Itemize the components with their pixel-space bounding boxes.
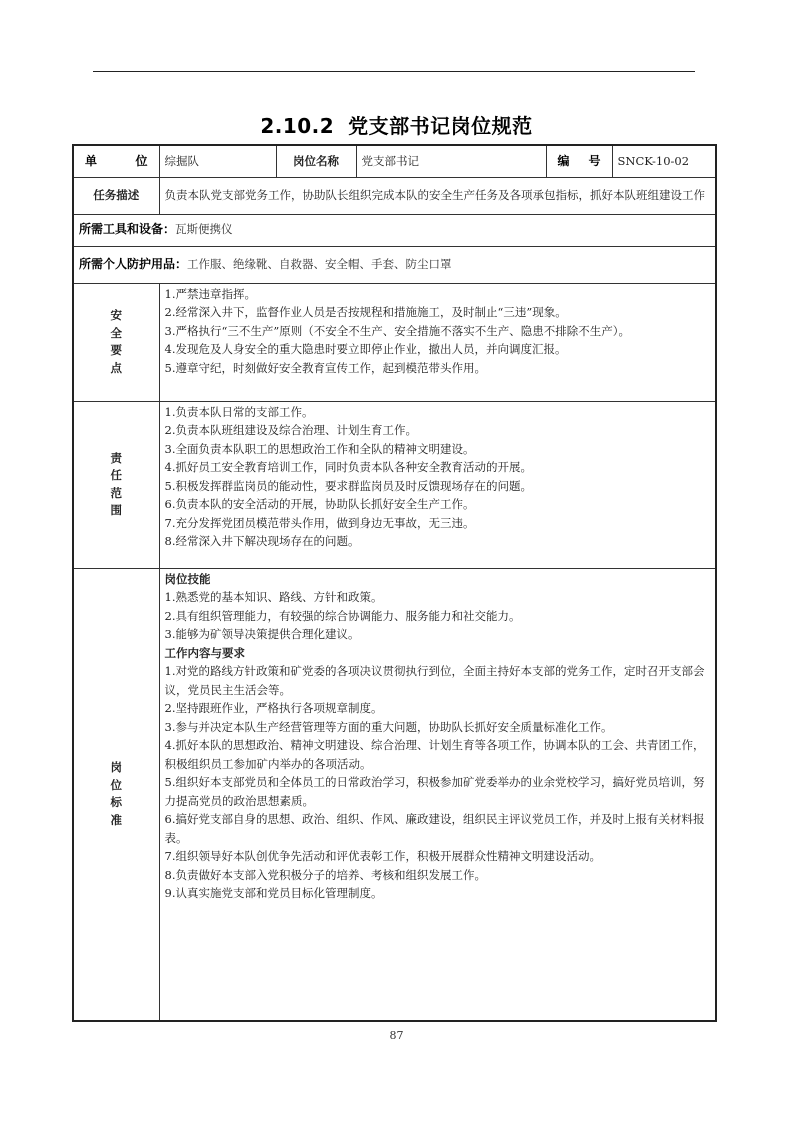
responsibility-label: 责 任 范 围 <box>73 401 159 568</box>
code-label-cell: 编 号 <box>546 145 612 177</box>
list-item: 2.经常深入井下，监督作业人员是否按规程和措施施工，及时制止“三违”现象。 <box>165 303 711 322</box>
label-char: 标 <box>79 794 154 812</box>
list-item: 5.组织好本支部党员和全体员工的日常政治学习，积极参加矿党委举办的业余党校学习，… <box>165 773 711 810</box>
list-item: 1.对党的路线方针政策和矿党委的各项决议贯彻执行到位，全面主持好本支部的党务工作… <box>165 662 711 699</box>
job-spec-table: 单 位 综掘队 岗位名称 党支部书记 编 号 SNCK-10-02 任务描述 负… <box>72 144 717 1022</box>
list-item: 5.积极发挥群监岗员的能动性，要求群监岗员及时反馈现场存在的问题。 <box>165 477 711 496</box>
unit-value: 综掘队 <box>159 145 276 177</box>
list-item: 2.具有组织管理能力，有较强的综合协调能力、服务能力和社交能力。 <box>165 607 711 626</box>
list-item: 6.搞好党支部自身的思想、政治、组织、作风、廉政建设，组织民主评议党员工作，并及… <box>165 810 711 847</box>
code-label-char: 号 <box>588 153 600 171</box>
standards-label: 岗 位 标 准 <box>73 568 159 1021</box>
label-char: 准 <box>79 812 154 830</box>
ppe-value: 工作服、绝缘靴、自救器、安全帽、手套、防尘口罩 <box>187 257 452 271</box>
list-item: 1.负责本队日常的支部工作。 <box>165 403 711 422</box>
list-item: 4.发现危及人身安全的重大隐患时要立即停止作业，撤出人员，并向调度汇报。 <box>165 340 711 359</box>
tools-value: 瓦斯便携仪 <box>175 222 233 236</box>
safety-row: 安 全 要 点 1.严禁违章指挥。 2.经常深入井下，监督作业人员是否按规程和措… <box>73 283 716 401</box>
safety-list: 1.严禁违章指挥。 2.经常深入井下，监督作业人员是否按规程和措施施工，及时制止… <box>159 283 716 401</box>
standards-list: 岗位技能 1.熟悉党的基本知识、路线、方针和政策。 2.具有组织管理能力，有较强… <box>159 568 716 1021</box>
task-description: 负责本队党支部党务工作，协助队长组织完成本队的安全生产任务及各项承包指标，抓好本… <box>159 177 716 214</box>
code-label-char: 编 <box>558 153 570 171</box>
tools-cell: 所需工具和设备：瓦斯便携仪 <box>73 214 716 246</box>
list-item: 4.抓好本队的思想政治、精神文明建设、综合治理、计划生育等各项工作，协调本队的工… <box>165 736 711 773</box>
task-label: 任务描述 <box>73 177 159 214</box>
list-item: 2.负责本队班组建设及综合治理、计划生育工作。 <box>165 421 711 440</box>
unit-label-char: 单 <box>85 153 97 171</box>
list-item: 1.熟悉党的基本知识、路线、方针和政策。 <box>165 588 711 607</box>
label-char: 全 <box>79 325 154 343</box>
label-char: 岗 <box>79 759 154 777</box>
label-char: 要 <box>79 342 154 360</box>
work-heading: 工作内容与要求 <box>165 644 711 663</box>
label-char: 围 <box>79 502 154 520</box>
label-char: 任 <box>79 467 154 485</box>
ppe-row: 所需个人防护用品：工作服、绝缘靴、自救器、安全帽、手套、防尘口罩 <box>73 246 716 283</box>
responsibility-row: 责 任 范 围 1.负责本队日常的支部工作。 2.负责本队班组建设及综合治理、计… <box>73 401 716 568</box>
section-title: 党支部书记岗位规范 <box>348 114 533 138</box>
unit-label-cell: 单 位 <box>73 145 159 177</box>
safety-label: 安 全 要 点 <box>73 283 159 401</box>
post-name-label: 岗位名称 <box>276 145 356 177</box>
list-item: 2.坚持跟班作业，严格执行各项规章制度。 <box>165 699 711 718</box>
list-item: 3.全面负责本队职工的思想政治工作和全队的精神文明建设。 <box>165 440 711 459</box>
post-name-value: 党支部书记 <box>356 145 546 177</box>
skills-heading: 岗位技能 <box>165 570 711 589</box>
label-char: 范 <box>79 485 154 503</box>
list-item: 7.充分发挥党团员模范带头作用，做到身边无事故，无三违。 <box>165 514 711 533</box>
code-value: SNCK-10-02 <box>612 145 716 177</box>
task-row: 任务描述 负责本队党支部党务工作，协助队长组织完成本队的安全生产任务及各项承包指… <box>73 177 716 214</box>
tools-row: 所需工具和设备：瓦斯便携仪 <box>73 214 716 246</box>
list-item: 9.认真实施党支部和党员目标化管理制度。 <box>165 884 711 903</box>
list-item: 4.抓好员工安全教育培训工作，同时负责本队各种安全教育活动的开展。 <box>165 458 711 477</box>
label-char: 安 <box>79 307 154 325</box>
list-item: 3.能够为矿领导决策提供合理化建议。 <box>165 625 711 644</box>
list-item: 7.组织领导好本队创优争先活动和评优表彰工作，积极开展群众性精神文明建设活动。 <box>165 847 711 866</box>
list-item: 3.参与并决定本队生产经营管理等方面的重大问题，协助队长抓好安全质量标准化工作。 <box>165 718 711 737</box>
page-number: 87 <box>0 1029 793 1042</box>
header-rule <box>93 71 695 72</box>
ppe-label: 所需个人防护用品： <box>79 257 187 271</box>
list-item: 3.严格执行“三不生产”原则（不安全不生产、安全措施不落实不生产、隐患不排除不生… <box>165 322 711 341</box>
list-item: 8.负责做好本支部入党积极分子的培养、考核和组织发展工作。 <box>165 866 711 885</box>
label-char: 责 <box>79 450 154 468</box>
standards-row: 岗 位 标 准 岗位技能 1.熟悉党的基本知识、路线、方针和政策。 2.具有组织… <box>73 568 716 1021</box>
list-item: 1.严禁违章指挥。 <box>165 285 711 304</box>
responsibility-list: 1.负责本队日常的支部工作。 2.负责本队班组建设及综合治理、计划生育工作。 3… <box>159 401 716 568</box>
list-item: 8.经常深入井下解决现场存在的问题。 <box>165 532 711 551</box>
list-item: 5.遵章守纪，时刻做好安全教育宣传工作，起到模范带头作用。 <box>165 359 711 378</box>
tools-label: 所需工具和设备： <box>79 222 175 236</box>
info-row: 单 位 综掘队 岗位名称 党支部书记 编 号 SNCK-10-02 <box>73 145 716 177</box>
list-item: 6.负责本队的安全活动的开展，协助队长抓好安全生产工作。 <box>165 495 711 514</box>
unit-label-char: 位 <box>135 153 147 171</box>
ppe-cell: 所需个人防护用品：工作服、绝缘靴、自救器、安全帽、手套、防尘口罩 <box>73 246 716 283</box>
section-number: 2.10.2 <box>260 114 334 138</box>
label-char: 位 <box>79 777 154 795</box>
label-char: 点 <box>79 360 154 378</box>
page-title: 2.10.2党支部书记岗位规范 <box>0 112 793 140</box>
